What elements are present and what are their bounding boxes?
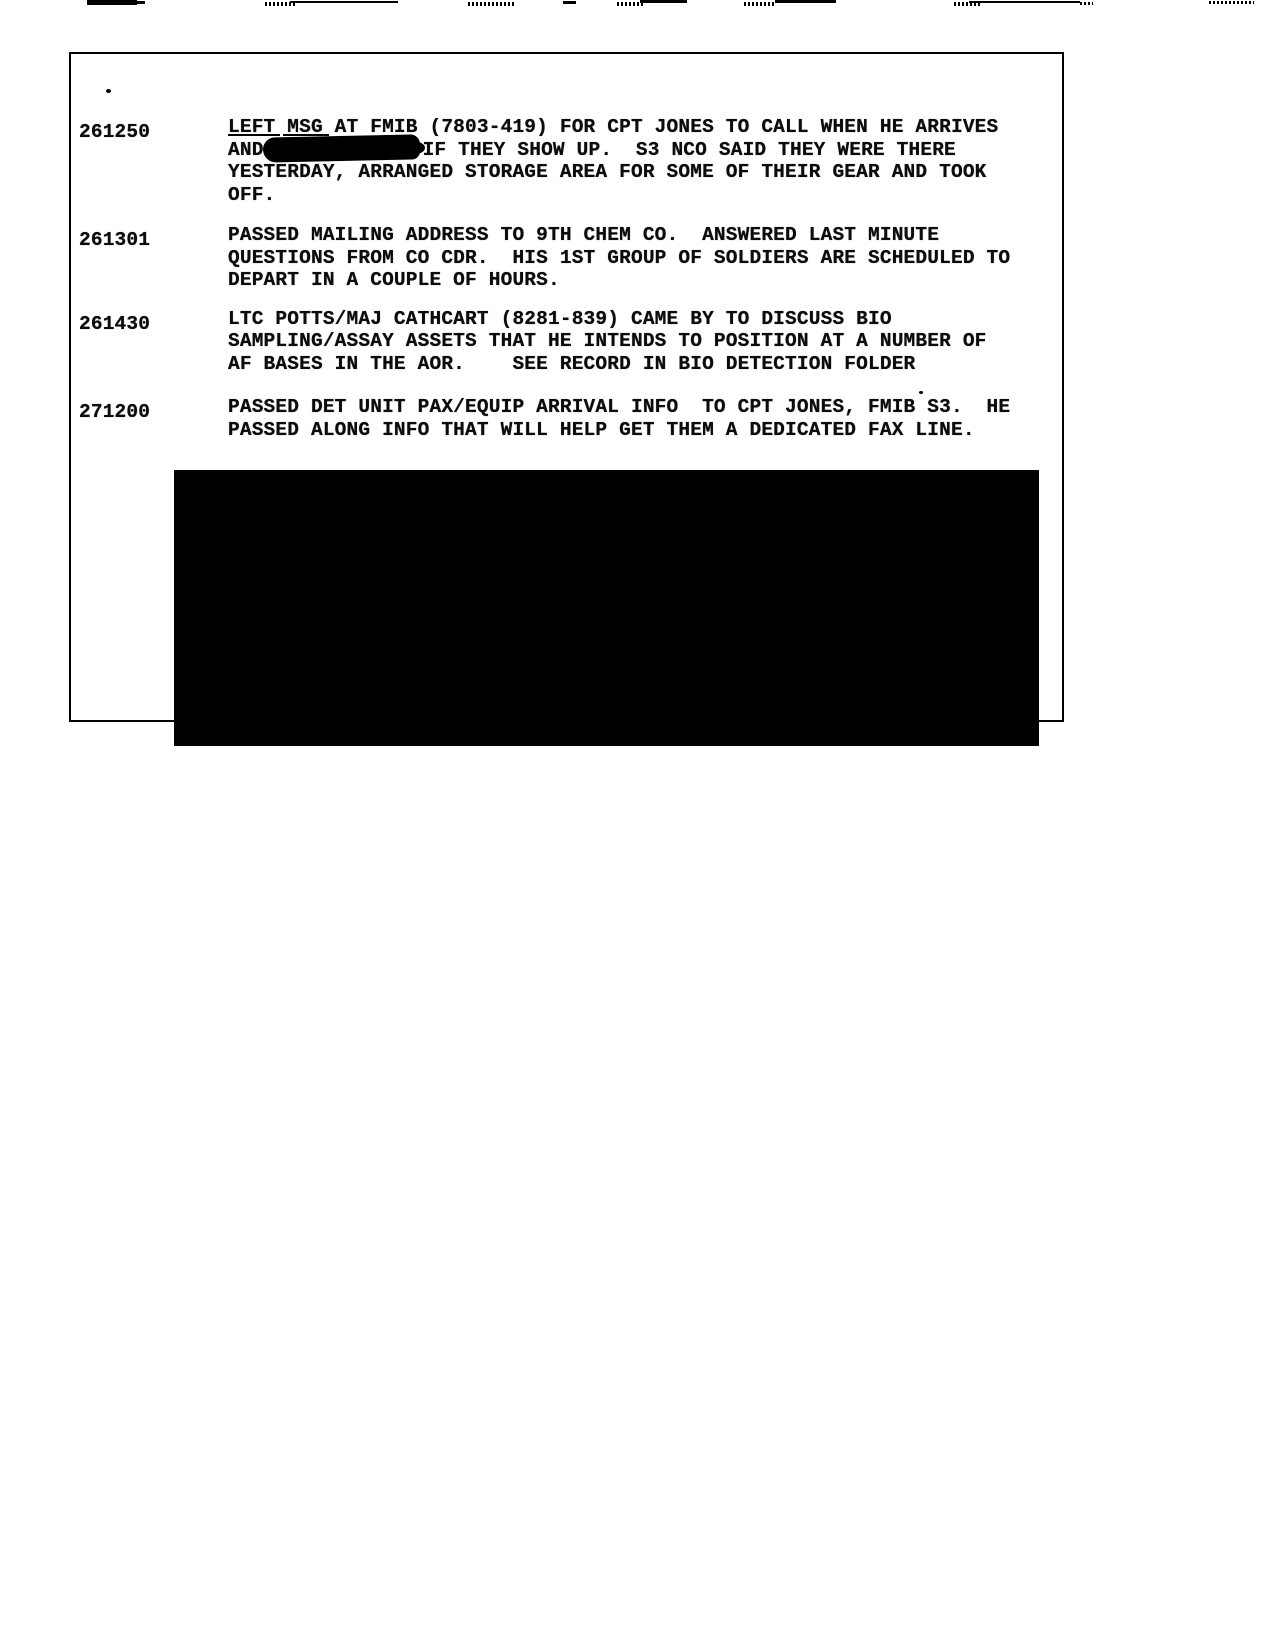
scan-artifact-mark <box>1209 1 1254 4</box>
inline-redaction-mark <box>263 134 420 162</box>
log-line-post: IF THEY SHOW UP. S3 NCO SAID THEY WERE T… <box>423 139 956 161</box>
log-entry-271200: 271200 PASSED DET UNIT PAX/EQUIP ARRIVAL… <box>71 396 1062 441</box>
log-line: PASSED MAILING ADDRESS TO 9TH CHEM CO. A… <box>228 224 1062 247</box>
entry-text: PASSED MAILING ADDRESS TO 9TH CHEM CO. A… <box>228 224 1062 292</box>
scan-artifact-mark <box>640 0 687 3</box>
redaction-block <box>174 470 1039 746</box>
log-line: QUESTIONS FROM CO CDR. HIS 1ST GROUP OF … <box>228 247 1062 270</box>
log-entry-261250: 261250 LEFT MSG AT FMIB (7803-419) FOR C… <box>71 116 1062 206</box>
log-entry-261301: 261301 PASSED MAILING ADDRESS TO 9TH CHE… <box>71 224 1062 292</box>
log-line-with-redaction: ANDIF THEY SHOW UP. S3 NCO SAID THEY WER… <box>228 139 1062 162</box>
log-line: DEPART IN A COUPLE OF HOURS. <box>228 269 1062 292</box>
scan-artifact-mark <box>775 0 836 3</box>
log-line: YESTERDAY, ARRANGED STORAGE AREA FOR SOM… <box>228 161 1062 184</box>
scan-artifact-mark <box>290 1 398 3</box>
log-line: PASSED ALONG INFO THAT WILL HELP GET THE… <box>228 419 1062 442</box>
entry-text: LEFT MSG AT FMIB (7803-419) FOR CPT JONE… <box>228 116 1062 206</box>
log-line: AF BASES IN THE AOR. SEE RECORD IN BIO D… <box>228 353 1062 376</box>
scanned-document-page: 261250 LEFT MSG AT FMIB (7803-419) FOR C… <box>0 0 1275 1650</box>
log-line: OFF. <box>228 184 1062 207</box>
scan-artifact-mark <box>1080 2 1093 5</box>
log-line: LTC POTTS/MAJ CATHCART (8281-839) CAME B… <box>228 308 1062 331</box>
entry-timestamp: 271200 <box>71 396 228 423</box>
log-line: PASSED DET UNIT PAX/EQUIP ARRIVAL INFO T… <box>228 396 1062 419</box>
entry-text: LTC POTTS/MAJ CATHCART (8281-839) CAME B… <box>228 308 1062 376</box>
entry-timestamp: 261301 <box>71 224 228 251</box>
scan-artifact-mark <box>969 1 1080 3</box>
log-line-pre: AND <box>228 139 264 161</box>
entry-timestamp: 261430 <box>71 308 228 335</box>
scan-artifact-mark <box>744 2 774 6</box>
log-entry-261430: 261430 LTC POTTS/MAJ CATHCART (8281-839)… <box>71 308 1062 376</box>
log-line: SAMPLING/ASSAY ASSETS THAT HE INTENDS TO… <box>228 330 1062 353</box>
scan-artifact-mark <box>137 1 145 4</box>
entry-timestamp: 261250 <box>71 116 228 143</box>
scan-artifact-mark <box>87 0 137 5</box>
scan-artifact-mark <box>468 2 514 6</box>
log-entries: 261250 LEFT MSG AT FMIB (7803-419) FOR C… <box>71 54 1062 441</box>
entry-text: PASSED DET UNIT PAX/EQUIP ARRIVAL INFO T… <box>228 396 1062 441</box>
scan-artifact-mark <box>563 1 576 4</box>
